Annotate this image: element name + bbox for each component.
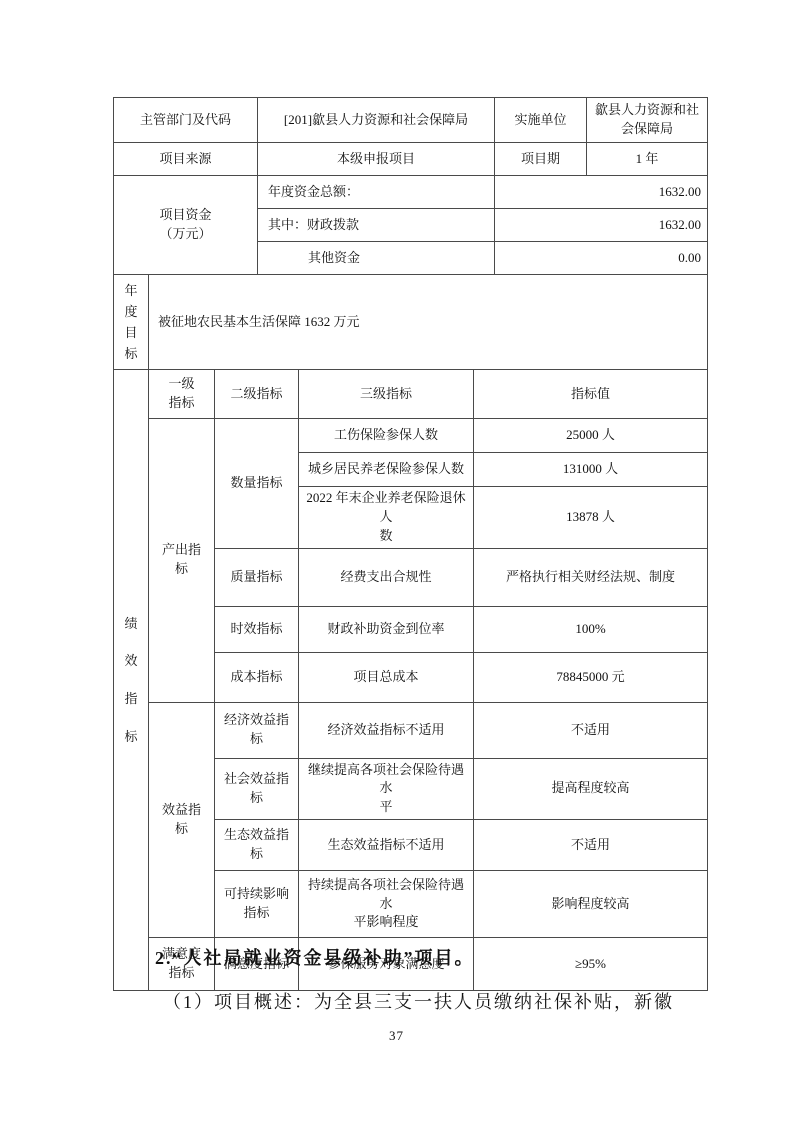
annual-goal-content: 被征地农民基本生活保障 1632 万元 (149, 275, 708, 370)
indicator-value: 不适用 (474, 702, 708, 758)
table-row: 效益指 标 经济效益指 标 经济效益指标不适用 不适用 (114, 702, 708, 758)
level1-benefit: 效益指 标 (149, 702, 215, 938)
dept-code-value: [201]歙县人力资源和社会保障局 (258, 98, 495, 143)
project-info-table: 主管部门及代码 [201]歙县人力资源和社会保障局 实施单位 歙县人力资源和社 … (113, 97, 708, 275)
level2-sustainable: 可持续影响 指标 (215, 871, 299, 938)
indicator-name: 财政补助资金到位率 (299, 606, 474, 652)
funding-fiscal-label: 其中：财政拨款 (258, 209, 495, 242)
page-number: 37 (0, 1028, 793, 1044)
indicator-value: 25000 人 (474, 419, 708, 453)
indicator-value: 131000 人 (474, 453, 708, 487)
funding-other-label: 其他资金 (258, 242, 495, 275)
indicator-value: 严格执行相关财经法规、制度 (474, 548, 708, 606)
impl-unit-label: 实施单位 (495, 98, 587, 143)
header-level3: 三级指标 (299, 370, 474, 419)
table-row: 项目来源 本级申报项目 项目期 1 年 (114, 143, 708, 176)
table-row: 产出指 标 数量指标 工伤保险参保人数 25000 人 (114, 419, 708, 453)
indicator-value: 不适用 (474, 820, 708, 871)
annual-goal-table: 年 度 目 标 被征地农民基本生活保障 1632 万元 (113, 274, 708, 370)
project-period-label: 项目期 (495, 143, 587, 176)
level2-social: 社会效益指 标 (215, 758, 299, 820)
table-row: 年 度 目 标 被征地农民基本生活保障 1632 万元 (114, 275, 708, 370)
indicator-name: 工伤保险参保人数 (299, 419, 474, 453)
table-row: 项目资金 （万元） 年度资金总额： 1632.00 (114, 176, 708, 209)
performance-indicators-table: 绩 效 指 标 一级 指标 二级指标 三级指标 指标值 产出指 标 数量指标 工… (113, 369, 708, 991)
funding-other-value: 0.00 (495, 242, 708, 275)
section-heading: 2.“人社局就业资金县级补助”项目。 (155, 944, 475, 970)
funding-label: 项目资金 （万元） (114, 176, 258, 275)
body-paragraph: （1）项目概述：为全县三支一扶人员缴纳社保补贴，新徽 (113, 988, 698, 1014)
indicator-name: 2022 年末企业养老保险退休人 数 (299, 487, 474, 549)
indicator-value: 100% (474, 606, 708, 652)
level2-economic: 经济效益指 标 (215, 702, 299, 758)
indicator-value: 13878 人 (474, 487, 708, 549)
project-source-value: 本级申报项目 (258, 143, 495, 176)
indicator-name: 城乡居民养老保险参保人数 (299, 453, 474, 487)
level2-ecological: 生态效益指 标 (215, 820, 299, 871)
indicator-name: 经费支出合规性 (299, 548, 474, 606)
level1-output: 产出指 标 (149, 419, 215, 703)
indicator-name: 生态效益指标不适用 (299, 820, 474, 871)
funding-total-label: 年度资金总额： (258, 176, 495, 209)
indicator-value: ≥95% (474, 938, 708, 991)
level2-timeliness: 时效指标 (215, 606, 299, 652)
header-level2: 二级指标 (215, 370, 299, 419)
header-value: 指标值 (474, 370, 708, 419)
impl-unit-value: 歙县人力资源和社 会保障局 (587, 98, 708, 143)
header-level1: 一级 指标 (149, 370, 215, 419)
dept-code-label: 主管部门及代码 (114, 98, 258, 143)
indicator-name: 项目总成本 (299, 652, 474, 702)
level2-quantity: 数量指标 (215, 419, 299, 549)
level2-cost: 成本指标 (215, 652, 299, 702)
project-source-label: 项目来源 (114, 143, 258, 176)
indicator-value: 78845000 元 (474, 652, 708, 702)
perf-side-label: 绩 效 指 标 (114, 370, 149, 991)
annual-goal-label: 年 度 目 标 (114, 275, 149, 370)
indicator-name: 继续提高各项社会保险待遇水 平 (299, 758, 474, 820)
table-row: 主管部门及代码 [201]歙县人力资源和社会保障局 实施单位 歙县人力资源和社 … (114, 98, 708, 143)
table-header-row: 绩 效 指 标 一级 指标 二级指标 三级指标 指标值 (114, 370, 708, 419)
project-period-value: 1 年 (587, 143, 708, 176)
indicator-value: 影响程度较高 (474, 871, 708, 938)
document-page: 主管部门及代码 [201]歙县人力资源和社会保障局 实施单位 歙县人力资源和社 … (0, 0, 793, 1122)
level2-quality: 质量指标 (215, 548, 299, 606)
project-tables: 主管部门及代码 [201]歙县人力资源和社会保障局 实施单位 歙县人力资源和社 … (113, 97, 707, 991)
indicator-value: 提高程度较高 (474, 758, 708, 820)
indicator-name: 经济效益指标不适用 (299, 702, 474, 758)
funding-fiscal-value: 1632.00 (495, 209, 708, 242)
indicator-name: 持续提高各项社会保险待遇水 平影响程度 (299, 871, 474, 938)
funding-total-value: 1632.00 (495, 176, 708, 209)
